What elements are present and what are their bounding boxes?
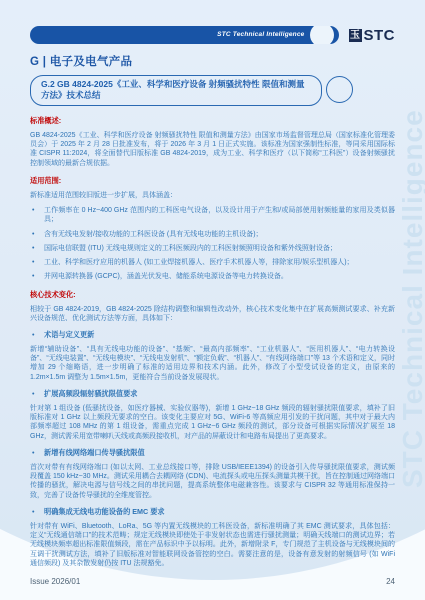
sections: 标准概述: GB 4824-2025《工业、科学和医疗设备 射频骚扰特性 限值和…: [30, 116, 395, 568]
section-overview: 标准概述: GB 4824-2025《工业、科学和医疗设备 射频骚扰特性 限值和…: [30, 116, 395, 168]
document-page: STC Technical Intelligence STC Technical…: [0, 0, 425, 600]
overview-heading: 标准概述:: [30, 116, 395, 126]
footer-page-number: 24: [386, 577, 395, 586]
section-scope: 适用范围: 新标准适用范围较旧版进一步扩展，具体涵盖： 工作频率在 0 Hz~4…: [30, 176, 395, 282]
banner-notch-decoration: [310, 26, 334, 44]
change-item-title: 术语与定义更新: [30, 330, 395, 340]
banner-title: STC Technical Intelligence: [217, 26, 304, 44]
change-item-body: 针对带有 WiFi、Bluetooth、LoRa、5G 等内置无线模块的工科医设…: [30, 522, 395, 568]
header-banner: STC Technical Intelligence: [30, 26, 339, 44]
change-item-body: 首次对带有有线网络端口 (如以太网、工业总线接口等，排除 USB/IEEE139…: [30, 463, 395, 500]
change-item-title: 新增有线网络端口传导骚扰限值: [30, 448, 395, 458]
overview-paragraph: GB 4824-2025《工业、科学和医疗设备 射频骚扰特性 限值和测量方法》由…: [30, 131, 395, 168]
footer-issue: Issue 2026/01: [30, 577, 80, 586]
article-title-row: G.2 GB 4824-2025《工业、科学和医疗设备 射频骚扰特性 限值和测量…: [30, 75, 395, 106]
scope-bullet: 含有无线电发射/接收功能的工科医设备 (具有无线电功能的主机设备)；: [30, 230, 395, 239]
changes-lead: 相较于 GB 4824-2019，GB 4824-2025 除结构调整和编辑性改…: [30, 305, 395, 323]
article-title: G.2 GB 4824-2025《工业、科学和医疗设备 射频骚扰特性 限值和测量…: [30, 75, 322, 106]
section-changes: 核心技术变化: 相较于 GB 4824-2019，GB 4824-2025 除结…: [30, 290, 395, 568]
scope-bullet: 并网电源转换器 (GCPC)，涵盖光伏发电、储能系统电源设备等电力转换设备。: [30, 272, 395, 281]
changes-heading: 核心技术变化:: [30, 290, 395, 300]
page-title: G | 电子及电气产品: [30, 53, 395, 69]
stc-seal-icon: 玉: [349, 29, 362, 42]
scope-lead: 新标准适用范围较旧版进一步扩展，具体涵盖：: [30, 191, 395, 200]
stc-logo-text: STC: [364, 27, 396, 44]
page-content: STC Technical Intelligence 玉 STC G | 电子及…: [0, 0, 425, 600]
change-item-body: 新增“辅助设备”、“具有无线电功能的设备”、“基频”、“最高内部频率”、“工业机…: [30, 345, 395, 382]
header-bar: STC Technical Intelligence 玉 STC: [30, 26, 395, 44]
stc-logo: 玉 STC: [349, 27, 396, 44]
page-footer: Issue 2026/01 24: [30, 577, 395, 586]
change-item-body: 针对第 1 组设备 (低骚扰设备，如医疗器械、实验仪器等)，新增 1 GHz~1…: [30, 404, 395, 441]
scope-heading: 适用范围:: [30, 176, 395, 186]
change-item-title: 明确集成无线电功能设备的 EMC 要求: [30, 507, 395, 517]
circle-decoration: [326, 76, 353, 103]
scope-bullet: 工作频率在 0 Hz~400 GHz 范围内的工科医电气设备，以及设计用于产生和…: [30, 206, 395, 224]
scope-bullet: 工业、科学和医疗应用的机器人 (如工业焊接机器人、医疗手术机器人等，排除家用/娱…: [30, 258, 395, 267]
change-item-title: 扩展高频段辐射骚扰限值要求: [30, 389, 395, 399]
scope-bullet-list: 工作频率在 0 Hz~400 GHz 范围内的工科医电气设备，以及设计用于产生和…: [30, 206, 395, 281]
scope-bullet: 国际电信联盟 (ITU) 无线电规则定义的工科医频段内的工科医射频照明设备和紫外…: [30, 244, 395, 253]
